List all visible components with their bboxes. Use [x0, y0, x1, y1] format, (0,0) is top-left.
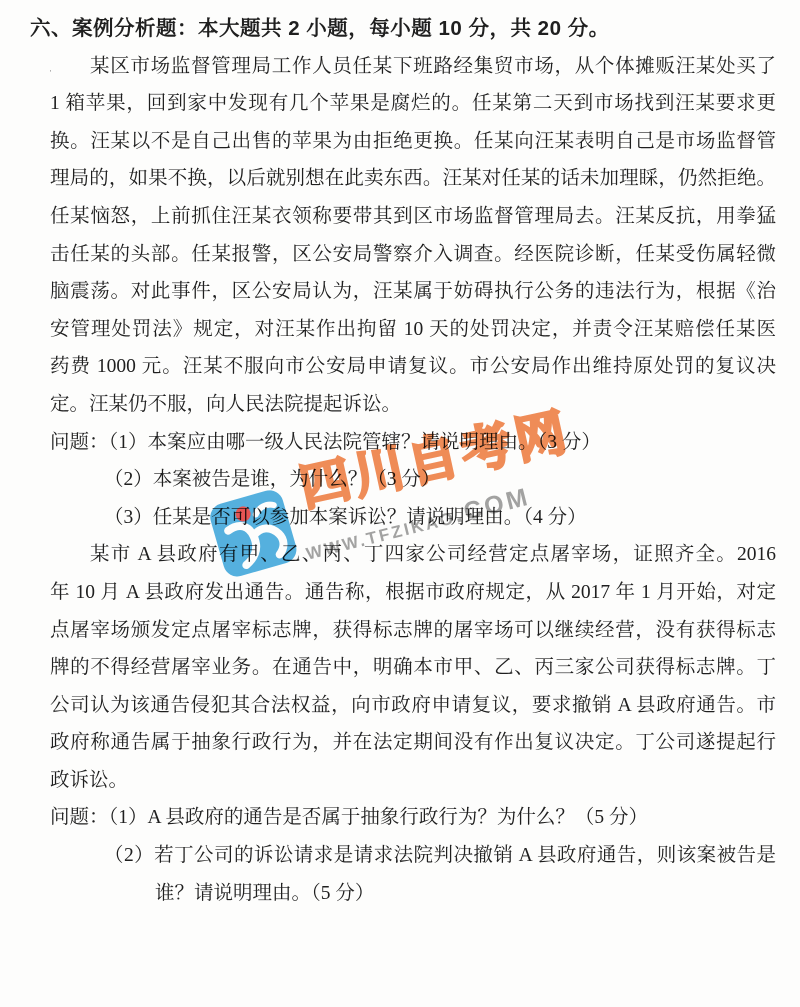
question-number: 45.	[50, 48, 52, 86]
question-paragraph-line: 点屠宰场颁发定点屠宰标志牌，获得标志牌的屠宰场可以继续经营，没有获得标志	[50, 612, 776, 650]
question-paragraph-line: 理局的，如果不换，以后就别想在此卖东西。汪某对任某的话未加理睬，仍然拒绝。	[50, 160, 776, 198]
question-paragraph-line: 药费 1000 元。汪某不服向市公安局申请复议。市公安局作出维持原处罚的复议决	[50, 348, 776, 386]
exam-sheet-page: 六、案例分析题：本大题共 2 小题，每小题 10 分，共 20 分。 45.某区…	[0, 0, 800, 1007]
question-paragraph-line: 政府称通告属于抽象行政行为，并在法定期间没有作出复议决定。丁公司遂提起行	[50, 724, 776, 762]
question-paragraph-line: 安管理处罚法》规定，对汪某作出拘留 10 天的处罚决定，并责令汪某赔偿任某医	[50, 311, 776, 349]
problem-line: 谁？请说明理由。（5 分）	[155, 875, 776, 913]
problem-line: 问题：（1）本案应由哪一级人民法院管辖？请说明理由。（3 分）	[50, 424, 776, 462]
question-paragraph-line: 1 箱苹果，回到家中发现有几个苹果是腐烂的。任某第二天到市场找到汪某要求更	[50, 85, 776, 123]
exam-content: 六、案例分析题：本大题共 2 小题，每小题 10 分，共 20 分。 45.某区…	[0, 10, 800, 912]
question-paragraph-line: 定。汪某仍不服，向人民法院提起诉讼。	[50, 386, 776, 424]
question-46: 46.某市 A 县政府有甲、乙、丙、丁四家公司经营定点屠宰场，证照齐全。2016…	[0, 536, 800, 912]
problem-line: （3）任某是否可以参加本案诉讼？请说明理由。（4 分）	[104, 499, 776, 537]
question-paragraph-line: 换。汪某以不是自己出售的苹果为由拒绝更换。任某向汪某表明自己是市场监督管	[50, 123, 776, 161]
problem-line: 问题：（1）A 县政府的通告是否属于抽象行政行为？为什么？（5 分）	[50, 799, 776, 837]
question-paragraph-line: 击任某的头部。任某报警，区公安局警察介入调查。经医院诊断，任某受伤属轻微	[50, 236, 776, 274]
question-paragraph-line: 45.某区市场监督管理局工作人员任某下班路经集贸市场，从个体摊贩汪某处买了	[50, 48, 776, 86]
question-paragraph-line: 脑震荡。对此事件，区公安局认为，汪某属于妨碍执行公务的违法行为，根据《治	[50, 273, 776, 311]
problem-line: （2）若丁公司的诉讼请求是请求法院判决撤销 A 县政府通告，则该案被告是	[104, 837, 776, 875]
question-paragraph-line: 公司认为该通告侵犯其合法权益，向市政府申请复议，要求撤销 A 县政府通告。市	[50, 687, 776, 725]
question-paragraph-line: 政诉讼。	[50, 762, 776, 800]
question-paragraph-line: 46.某市 A 县政府有甲、乙、丙、丁四家公司经营定点屠宰场，证照齐全。2016	[50, 536, 776, 574]
question-45: 45.某区市场监督管理局工作人员任某下班路经集贸市场，从个体摊贩汪某处买了1 箱…	[0, 48, 800, 537]
question-paragraph-line: 任某恼怒，上前抓住汪某衣领称要带其到区市场监督管理局去。汪某反抗，用拳猛	[50, 198, 776, 236]
section-header: 六、案例分析题：本大题共 2 小题，每小题 10 分，共 20 分。	[30, 10, 800, 48]
question-paragraph-line: 年 10 月 A 县政府发出通告。通告称，根据市政府规定，从 2017 年 1 …	[50, 574, 776, 612]
problem-line: （2）本案被告是谁，为什么？（3 分）	[104, 461, 776, 499]
question-paragraph-line: 牌的不得经营屠宰业务。在通告中，明确本市甲、乙、丙三家公司获得标志牌。丁	[50, 649, 776, 687]
